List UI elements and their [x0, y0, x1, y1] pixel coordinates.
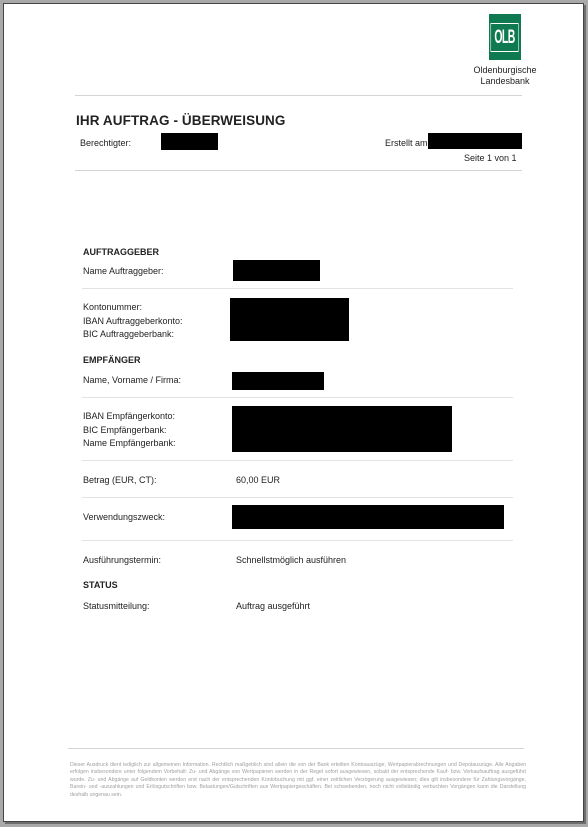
iban-empfaenger-label: IBAN Empfängerkonto:: [83, 410, 176, 424]
page-info: Seite 1 von 1: [464, 153, 517, 163]
empfaenger-bank-labels: IBAN Empfängerkonto: BIC Empfängerbank: …: [83, 410, 176, 451]
page-title: IHR AUFTRAG - ÜBERWEISUNG: [76, 113, 286, 128]
statusmitteilung-label: Statusmitteilung:: [83, 600, 150, 614]
row-divider: [82, 460, 513, 461]
bank-name-line1: Oldenburgische: [461, 65, 549, 76]
verwendungszweck-label: Verwendungszweck:: [83, 511, 165, 525]
verwendungszweck-redacted: [232, 505, 504, 529]
iban-auftraggeber-label: IBAN Auftraggeberkonto:: [83, 315, 183, 329]
bank-name-line2: Landesbank: [461, 76, 549, 87]
ausfuehrungstermin-value: Schnellstmöglich ausführen: [236, 555, 346, 565]
section-empfaenger: EMPFÄNGER: [83, 355, 141, 365]
bank-name: Oldenburgische Landesbank: [461, 65, 549, 87]
footer-disclaimer: Dieser Ausdruck dient lediglich zur allg…: [70, 762, 526, 799]
olb-logo-icon: OLB: [489, 14, 521, 60]
ausfuehrungstermin-label: Ausführungstermin:: [83, 554, 161, 568]
name-auftraggeber-label: Name Auftraggeber:: [83, 265, 164, 279]
section-auftraggeber: AUFTRAGGEBER: [83, 247, 159, 257]
betrag-label: Betrag (EUR, CT):: [83, 474, 157, 488]
logo-mark: OLB: [491, 23, 519, 52]
berechtigter-label: Berechtigter:: [80, 138, 131, 148]
konto-labels: Kontonummer: IBAN Auftraggeberkonto: BIC…: [83, 301, 183, 342]
name-empfaenger-redacted: [232, 372, 324, 390]
konto-redacted: [230, 298, 349, 341]
betrag-value: 60,00 EUR: [236, 475, 280, 485]
name-empfaengerbank-label: Name Empfängerbank:: [83, 437, 176, 451]
bic-empfaenger-label: BIC Empfängerbank:: [83, 424, 176, 438]
berechtigter-redacted: [161, 133, 218, 150]
row-divider: [82, 288, 513, 289]
row-divider: [82, 497, 513, 498]
document-page: OLB Oldenburgische Landesbank IHR AUFTRA…: [3, 3, 584, 822]
header-divider-bottom: [75, 170, 522, 171]
erstellt-label: Erstellt am: [385, 138, 428, 148]
name-auftraggeber-redacted: [233, 260, 320, 281]
empfaenger-bank-redacted: [232, 406, 452, 452]
row-divider: [82, 397, 513, 398]
name-empfaenger-label: Name, Vorname / Firma:: [83, 374, 181, 388]
row-divider: [82, 540, 513, 541]
bic-auftraggeber-label: BIC Auftraggeberbank:: [83, 328, 183, 342]
header-divider-top: [75, 95, 522, 96]
kontonummer-label: Kontonummer:: [83, 301, 183, 315]
footer-divider: [68, 748, 524, 749]
section-status: STATUS: [83, 580, 118, 590]
erstellt-redacted: [428, 133, 522, 149]
bank-logo: OLB Oldenburgische Landesbank: [475, 14, 535, 87]
statusmitteilung-value: Auftrag ausgeführt: [236, 601, 310, 611]
